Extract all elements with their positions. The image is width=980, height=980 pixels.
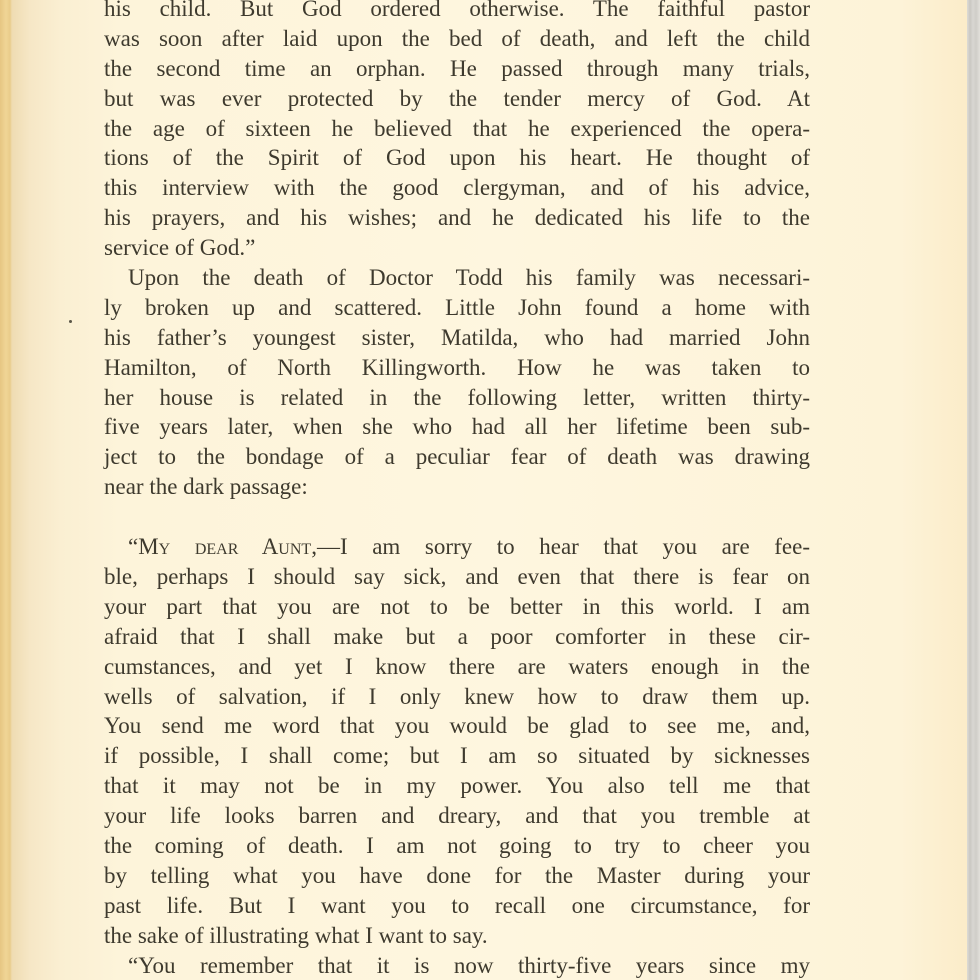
text-line: near the dark passage: xyxy=(104,472,810,502)
viewer-scrollbar-track[interactable] xyxy=(967,0,980,980)
text-line: cumstances, and yet I know there are wat… xyxy=(104,652,810,682)
text-line: the age of sixteen he believed that he e… xyxy=(104,114,810,144)
letter-paragraph: “My dear Aunt,—I am sorry to hear that y… xyxy=(104,532,810,950)
book-page: his child. But God ordered otherwise. Th… xyxy=(0,0,967,980)
text-line: your life looks barren and dreary, and t… xyxy=(104,801,810,831)
text-line: You send me word that you would be glad … xyxy=(104,711,810,741)
text-line: was soon after laid upon the bed of deat… xyxy=(104,24,810,54)
text-line: his prayers, and his wishes; and he dedi… xyxy=(104,203,810,233)
text-line: wells of salvation, if I only knew how t… xyxy=(104,682,810,712)
text-line: his child. But God ordered otherwise. Th… xyxy=(104,0,810,24)
text-line: past life. But I want you to recall one … xyxy=(104,891,810,921)
text-line: the second time an orphan. He passed thr… xyxy=(104,54,810,84)
text-line: ject to the bondage of a peculiar fear o… xyxy=(104,442,810,472)
letter-salutation: My dear Aunt, xyxy=(138,534,317,559)
text-line: his father’s youngest sister, Matilda, w… xyxy=(104,323,810,353)
text-line: five years later, when she who had all h… xyxy=(104,412,810,442)
paragraph-1: his child. But God ordered otherwise. Th… xyxy=(104,0,810,263)
text-line: Upon the death of Doctor Todd his family… xyxy=(104,263,810,293)
text-line: this interview with the good clergyman, … xyxy=(104,173,810,203)
text-line: your part that you are not to be better … xyxy=(104,592,810,622)
opening-line-rest: —I am sorry to hear that you are fee- xyxy=(317,534,810,559)
text-line: if possible, I shall come; but I am so s… xyxy=(104,741,810,771)
paragraph-2: Upon the death of Doctor Todd his family… xyxy=(104,263,810,502)
scan-speck xyxy=(69,320,72,323)
text-line: the coming of death. I am not going to t… xyxy=(104,831,810,861)
text-line: ly broken up and scattered. Little John … xyxy=(104,293,810,323)
text-line: but was ever protected by the tender mer… xyxy=(104,84,810,114)
text-line: “You remember that it is now thirty-five… xyxy=(104,951,810,980)
paragraph-spacer xyxy=(104,502,810,532)
text-line: the sake of illustrating what I want to … xyxy=(104,921,810,951)
text-line: afraid that I shall make but a poor comf… xyxy=(104,622,810,652)
text-line: that it may not be in my power. You also… xyxy=(104,771,810,801)
open-quote: “ xyxy=(128,534,138,559)
paragraph-4: “You remember that it is now thirty-five… xyxy=(104,951,810,980)
text-line: by telling what you have done for the Ma… xyxy=(104,861,810,891)
page-text: his child. But God ordered otherwise. Th… xyxy=(104,0,810,980)
letter-opening-line: “My dear Aunt,—I am sorry to hear that y… xyxy=(104,532,810,562)
text-line: her house is related in the following le… xyxy=(104,383,810,413)
text-line: tions of the Spirit of God upon his hear… xyxy=(104,143,810,173)
text-line: service of God.” xyxy=(104,233,810,263)
text-line: Hamilton, of North Killingworth. How he … xyxy=(104,353,810,383)
text-line: ble, perhaps I should say sick, and even… xyxy=(104,562,810,592)
